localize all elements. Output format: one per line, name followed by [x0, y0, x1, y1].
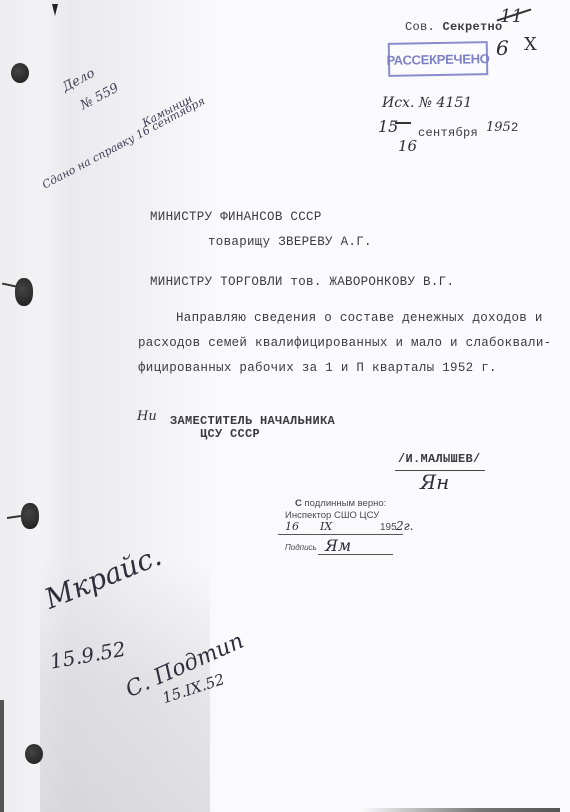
- punch-hole-icon: [21, 503, 39, 529]
- copy-number: 6: [496, 36, 509, 60]
- copy-mark: X: [524, 34, 537, 55]
- punch-hole-icon: [11, 63, 29, 83]
- classification-level: Секретно: [443, 20, 503, 34]
- punch-hole-icon: [15, 278, 33, 306]
- body-line: фицированных рабочих за 1 и П кварталы 1…: [138, 361, 497, 375]
- classification-label: Сов. Секретно: [405, 20, 503, 34]
- certification-title: С подлинным верно:: [295, 498, 386, 509]
- date-month: сентября: [418, 126, 478, 140]
- scanned-document-page: Сов. Секретно РАССЕКРЕЧЕНО 11 6 X Исх. №…: [0, 0, 570, 812]
- signatory-title: ЗАМЕСТИТЕЛЬ НАЧАЛЬНИКА: [170, 414, 335, 428]
- body-line: Направляю сведения о составе денежных до…: [176, 311, 543, 325]
- punch-hole-icon: [25, 744, 43, 764]
- certification-day: 16: [285, 520, 299, 533]
- signatory-org: ЦСУ СССР: [200, 427, 260, 441]
- binding-mark-icon: [52, 4, 58, 16]
- certification-year-hand: 2г.: [396, 519, 414, 533]
- date-day-2: 16: [398, 137, 417, 155]
- scan-edge-left: [0, 700, 4, 812]
- certification-signature: Ям: [325, 536, 351, 555]
- classification-prefix: Сов.: [405, 20, 435, 34]
- body-line: расходов семей квалифицированных и мало …: [138, 336, 551, 350]
- addressee-ministry-finance: МИНИСТРУ ФИНАНСОВ СССР: [150, 210, 322, 224]
- date-year-hand: 195: [486, 120, 511, 135]
- date-year-typed: 2: [511, 121, 519, 135]
- outgoing-number: Исх. № 4151: [382, 95, 472, 111]
- scan-edge-bottom: [360, 808, 560, 812]
- certification-title-bold: С: [295, 498, 302, 509]
- date-day-1: 15: [378, 117, 398, 136]
- certification-signature-label: Подпись: [285, 543, 317, 552]
- certification-month: IX: [320, 520, 332, 533]
- signatory-name: /И.МАЛЫШЕВ/: [398, 452, 481, 466]
- declassified-stamp: РАССЕКРЕЧЕНО: [388, 41, 489, 77]
- certification-title-rest: подлинным верно:: [305, 498, 387, 509]
- addressee-ministry-trade: МИНИСТРУ ТОРГОВЛИ тов. ЖАВОРОНКОВУ В.Г.: [150, 275, 454, 289]
- addressee-zverev: товарищу ЗВЕРЕВУ А.Г.: [208, 235, 372, 249]
- date-slash: [395, 122, 411, 124]
- signature-scribble: Ян: [420, 470, 449, 494]
- certification-date-line: [278, 534, 403, 535]
- file-note-delo: Дело: [60, 66, 97, 95]
- certification-year-typed: 195: [380, 522, 397, 533]
- initials-mark: Ни: [137, 409, 157, 424]
- date-year: 1952: [486, 120, 519, 135]
